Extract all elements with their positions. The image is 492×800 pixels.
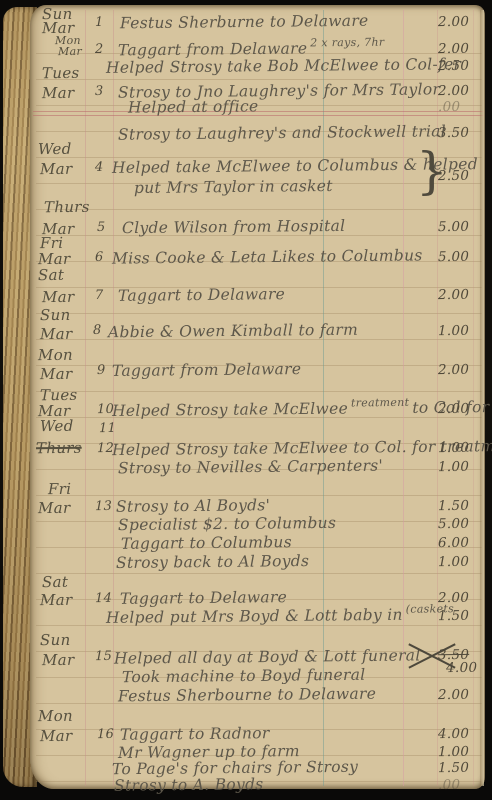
interlinear-note: 2 x rays, 7hr bbox=[310, 36, 384, 50]
entry-text: Miss Cooke & Leta Likes to Columbus bbox=[112, 246, 423, 267]
entry-text: Specialist $2. to Columbus bbox=[118, 514, 336, 534]
entry-text: Helped Strosy take Bob McElwee to Col-fe… bbox=[106, 55, 461, 77]
entry-text-main: Helped at office bbox=[128, 97, 259, 116]
amount-value: 2.00 bbox=[438, 83, 469, 99]
amount-value: 1.00 bbox=[438, 744, 469, 760]
entry-text-main: put Mrs Taylor in casket bbox=[134, 177, 333, 197]
entry-text-main: Taggart to Columbus bbox=[121, 533, 292, 553]
entry-text-main: Specialist $2. to Columbus bbox=[118, 514, 336, 534]
amount-value: .00 bbox=[438, 777, 461, 793]
entry-text-main: Festus Sherbourne to Delaware bbox=[118, 685, 376, 706]
entry-text: Strosy to Al Boyds' bbox=[116, 496, 270, 516]
month-label: Mar bbox=[58, 45, 82, 58]
amount-value: 3.504.00 bbox=[438, 649, 478, 675]
entry-text-main: Helped Strosy take McElwee bbox=[112, 400, 348, 420]
entry-text-main: Taggart to Delaware bbox=[118, 285, 285, 305]
day-label: Sun bbox=[40, 306, 71, 324]
amount-value: 5.00 bbox=[438, 516, 469, 532]
date-number: 15 bbox=[95, 649, 112, 664]
date-number: 16 bbox=[97, 727, 114, 742]
amount-value: 2.50 bbox=[438, 58, 469, 74]
curly-brace-mark: } bbox=[416, 146, 448, 196]
entry-text: Strosy to Laughrey's and Stockwell trial bbox=[118, 122, 446, 143]
amount-value: 3.50 bbox=[438, 125, 469, 141]
amount-value: .00 bbox=[438, 99, 461, 115]
date-number: 4 bbox=[95, 160, 104, 175]
amount-corrected: 4.00 bbox=[446, 662, 477, 675]
entry-text: Helped at office bbox=[128, 97, 259, 116]
month-label: Mar bbox=[42, 84, 75, 102]
day-label: Thurs bbox=[36, 439, 82, 457]
month-label: Mar bbox=[40, 591, 73, 609]
day-label: Fri bbox=[48, 480, 71, 498]
date-number: 1 bbox=[95, 15, 104, 30]
entry-text: Taggart from Delaware bbox=[112, 360, 302, 380]
entry-text: Taggart to Columbus bbox=[121, 533, 292, 553]
date-number: 9 bbox=[97, 363, 106, 378]
day-label: Sun bbox=[40, 631, 71, 649]
amount-value: 1.50 bbox=[438, 498, 469, 514]
entry-text: Abbie & Owen Kimball to farm bbox=[108, 321, 358, 342]
entry-text-main: Helped put Mrs Boyd & Lott baby in bbox=[106, 606, 403, 627]
amount-value: 2.00 bbox=[438, 362, 469, 378]
day-label: Sat bbox=[42, 573, 68, 591]
amount-value: 2.00 bbox=[438, 287, 469, 303]
entry-text-main: Taggart from Delaware bbox=[112, 360, 302, 380]
amount-value: 1.00 bbox=[438, 440, 469, 456]
amount-value: 6.00 bbox=[438, 535, 469, 551]
entry-text: Festus Sherburne to Delaware bbox=[120, 12, 369, 33]
month-label: Mar bbox=[42, 651, 75, 669]
entry-text: Strosy to Nevilles & Carpenters' bbox=[118, 457, 383, 478]
month-label: Mar bbox=[40, 727, 73, 745]
date-number: 2 bbox=[95, 42, 104, 57]
date-number: 14 bbox=[95, 591, 112, 606]
day-label: Mon bbox=[38, 707, 73, 725]
amount-value: 5.00 bbox=[438, 249, 469, 265]
entry-text-main: Helped all day at Boyd & Lott funeral bbox=[114, 646, 421, 667]
entry-text-main: Miss Cooke & Leta Likes to Columbus bbox=[112, 246, 423, 267]
entry-text-main: Took machine to Boyd funeral bbox=[122, 666, 366, 687]
day-label: Sat bbox=[38, 266, 64, 284]
amount-value: 5.00 bbox=[438, 219, 469, 235]
amount-value: 1.50 bbox=[438, 760, 469, 776]
entry-text-main: Strosy to A. Boyds bbox=[114, 775, 264, 795]
entry-text: Strosy to A. Boyds bbox=[114, 775, 264, 795]
entry-text: put Mrs Taylor in casket bbox=[134, 177, 333, 197]
date-number: 13 bbox=[95, 499, 112, 514]
entry-text-main: Abbie & Owen Kimball to farm bbox=[108, 321, 358, 342]
entry-text-main: Festus Sherburne to Delaware bbox=[120, 12, 369, 33]
amount-value: 4.00 bbox=[438, 726, 469, 742]
entry-text-main: Taggart to Delaware bbox=[120, 588, 287, 608]
date-number: 11 bbox=[99, 421, 116, 436]
entry-text-main: Strosy to Nevilles & Carpenters' bbox=[118, 457, 383, 478]
day-label: Wed bbox=[40, 417, 74, 435]
entry-text-main: Strosy back to Al Boyds bbox=[116, 552, 309, 572]
amount-value: 2.00 bbox=[438, 14, 469, 30]
entry-text: Took machine to Boyd funeral bbox=[122, 666, 366, 687]
amount-value: 1.00 bbox=[438, 554, 469, 570]
day-label: Tues bbox=[42, 64, 80, 82]
entry-text-main: Strosy to Al Boyds' bbox=[116, 496, 270, 516]
entry-text: Taggart to Radnor bbox=[120, 724, 270, 744]
day-label: Thurs bbox=[44, 198, 90, 216]
entry-text: Clyde Wilson from Hospital bbox=[122, 217, 346, 237]
entry-text-main: Helped Strosy take Bob McElwee to Col-fe… bbox=[106, 55, 461, 77]
date-number: 6 bbox=[95, 250, 104, 265]
entry-text-main: Taggart to Radnor bbox=[120, 724, 270, 744]
photo-background: SunMar1Festus Sherburne to Delaware2.00M… bbox=[0, 0, 492, 800]
month-label: Mar bbox=[40, 160, 73, 178]
entry-text-main: Strosy to Laughrey's and Stockwell trial bbox=[118, 122, 446, 143]
entry-text: Strosy back to Al Boyds bbox=[116, 552, 309, 572]
date-number: 8 bbox=[93, 323, 102, 338]
entry-text: Helped put Mrs Boyd & Lott baby in(caske… bbox=[106, 605, 457, 627]
amount-value: 1.00 bbox=[438, 459, 469, 475]
entry-text: Helped all day at Boyd & Lott funeral bbox=[114, 646, 421, 667]
amount-value: 2.00 bbox=[438, 401, 469, 417]
date-number: 5 bbox=[97, 220, 106, 235]
month-label: Mar bbox=[40, 325, 73, 343]
amount-value: 1.50 bbox=[438, 608, 469, 624]
entry-text-main: Clyde Wilson from Hospital bbox=[122, 217, 346, 237]
amount-value: 1.00 bbox=[438, 323, 469, 339]
entry-text: Taggart to Delaware bbox=[118, 285, 285, 305]
day-label: Mon bbox=[38, 346, 73, 364]
entry-text: Festus Sherbourne to Delaware bbox=[118, 685, 376, 706]
date-number: 7 bbox=[95, 288, 104, 303]
month-label: Mar bbox=[40, 365, 73, 383]
entry-text: Taggart to Delaware bbox=[120, 588, 287, 608]
month-label: Mar bbox=[38, 499, 71, 517]
amount-value: 2.00 bbox=[438, 687, 469, 703]
day-label: Wed bbox=[38, 140, 72, 158]
interlinear-note: treatment bbox=[351, 396, 409, 410]
month-label: Mar bbox=[42, 288, 75, 306]
date-number: 3 bbox=[95, 84, 104, 99]
